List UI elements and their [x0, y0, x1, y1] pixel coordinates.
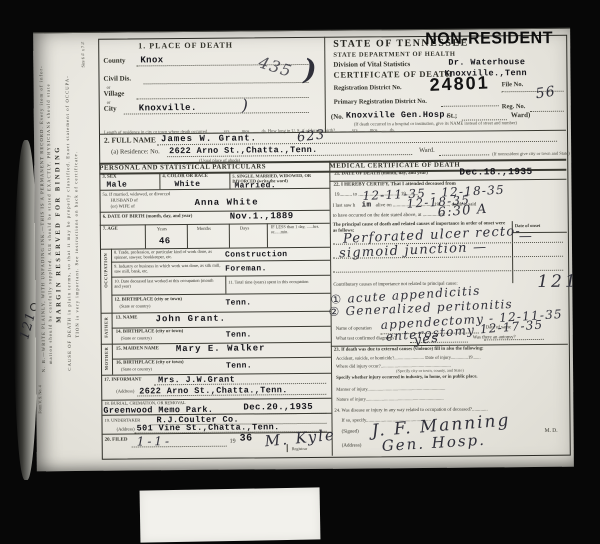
doctor-typed-value: Dr. Waterhouse — [448, 57, 525, 68]
undertaker-label: 19. UNDERTAKER — [104, 417, 140, 422]
dob-value: Nov.1.,1889 — [230, 211, 294, 222]
race-marital-divider — [229, 173, 230, 189]
age-if-less-label: IF LESS than 1 day, ......hrs. or......m… — [271, 225, 326, 235]
filed-year-prefix: 19 — [230, 439, 236, 446]
trade-value: Construction — [225, 250, 287, 260]
total-time-label: 11. Total time (years) spent in this occ… — [228, 279, 318, 285]
date-of-death-value: Dec.18.,1935 — [459, 166, 532, 178]
nonresident-stamp: NON-RESIDENT — [425, 29, 553, 49]
industry-label: 9. Industry or business in which work wa… — [114, 263, 222, 274]
occurred-line-label: to have occurred on the date stated abov… — [333, 213, 446, 220]
age-label: 7. AGE — [103, 227, 118, 233]
ward-leader — [462, 111, 507, 120]
father-name-value: John Grant. — [156, 314, 227, 325]
trade-label: 8. Trade, profession, or particular kind… — [114, 249, 222, 260]
mother-side-label: MOTHER — [104, 347, 109, 371]
dept-of-health-line: STATE DEPARTMENT OF HEALTH — [333, 51, 455, 60]
spouse-label: 5a. If married, widowed, or divorced — [102, 191, 170, 197]
registrar-box-line — [287, 444, 288, 452]
hand-paren-mark: ) — [303, 53, 318, 86]
certificate-number-stamp: 24801 — [429, 72, 490, 96]
form-number-note: Form V. S. No. 4 — [37, 385, 42, 413]
place-of-death-title: 1. PLACE OF DEATH — [138, 40, 288, 50]
full-name-label: 2. FULL NAME — [104, 136, 156, 145]
death-certificate-document: Form V. S. No. 4 N. B.—WRITE PLAINLY, WI… — [33, 28, 574, 472]
filed-label: 20. FILED — [105, 438, 128, 444]
age-years-label: Years — [157, 226, 167, 231]
informant-leader — [154, 375, 326, 386]
father-name-label: 13. NAME — [116, 315, 138, 321]
nonresident-note: (If nonresident give city or town and St… — [492, 151, 570, 157]
father-bp-label: 14. BIRTHPLACE (city or town) — [116, 329, 184, 335]
father-bp-sub-label: (State or country) — [121, 335, 152, 340]
form-size-note: Size 6½ x 7¾ — [80, 41, 85, 68]
birthplace-label: 12. BIRTHPLACE (city or town) — [114, 297, 182, 303]
hand-brace-mark: ) — [242, 95, 250, 114]
birthplace-sub-label: (State or country) — [119, 303, 150, 308]
reg-no-leader — [530, 103, 564, 112]
division-line: Division of Vital Statistics — [333, 60, 410, 69]
undertaker-address-label: (Address) — [117, 426, 135, 431]
occupation-side-label: OCCUPATION — [103, 253, 108, 288]
sex-value: Male — [106, 181, 127, 190]
test-confirmed-label: What test confirmed diagnosis? — [336, 336, 397, 342]
county-label: County — [103, 57, 125, 65]
age-col-divider-2 — [187, 224, 188, 248]
residence-label: (a) Residence: No. — [111, 148, 160, 156]
sex-label: 3. SEX — [102, 175, 116, 181]
reg-no-label: Reg. No. — [502, 103, 526, 111]
age-value: 46 — [159, 236, 171, 246]
reg-number-hand-value: 56 — [535, 83, 557, 102]
age-col-divider-1 — [145, 224, 146, 248]
registration-district-label: Registration District No. — [334, 84, 402, 92]
civil-district-label: Civil Dis. — [103, 74, 131, 82]
city-label: City — [104, 105, 117, 113]
age-days-label: Days — [240, 225, 249, 230]
hospital-line-open: (No. — [331, 113, 344, 121]
mother-bp-value: Tenn. — [226, 361, 252, 370]
city-leader — [124, 104, 309, 115]
row10-11-divider — [225, 276, 226, 294]
primary-district-leader — [441, 97, 499, 107]
informant-address-label: (Address) — [116, 388, 134, 393]
age-col-divider-3 — [229, 224, 230, 248]
physician-address-label: (Address) — [342, 444, 362, 450]
wife-label: (or) WIFE of — [111, 203, 135, 208]
village-leader — [137, 89, 309, 100]
margin-notice-line2: mation should be carefully supplied. AGE… — [46, 83, 53, 364]
father-side-label: FATHER — [104, 317, 109, 338]
contributory-number-hand: 121 — [537, 272, 579, 292]
dob-label: 6. DATE OF BIRTH (month, day, and year) — [103, 214, 193, 220]
residence-ward-label: Ward. — [419, 147, 435, 155]
last-saw-pre-label: I last saw h — [333, 204, 356, 210]
mother-name-value: Mary E. Walker — [176, 343, 266, 354]
informant-label: 17. INFORMANT — [104, 377, 141, 383]
race-value: White — [174, 180, 200, 189]
blank-card — [140, 487, 321, 542]
operation-label: Name of operation — [336, 326, 372, 332]
hospital-typed-value: Knoxville Gen.Hosp. — [346, 110, 451, 121]
md-label: M. D. — [545, 428, 558, 434]
date-of-death-label: 21. DATE OF DEATH (month, day, and year) — [334, 171, 428, 177]
registrar-label: Registrar — [292, 447, 307, 452]
age-months-label: Months — [197, 226, 211, 231]
manner-of-injury-label: Manner of injury........................… — [336, 386, 445, 392]
father-bp-value: Tenn. — [226, 330, 252, 339]
filed-year-typed: 36 — [240, 433, 253, 444]
margin-notice-line4: TION is very important. See instructions… — [73, 151, 80, 338]
primary-district-label: Primary Registration District No. — [334, 98, 427, 106]
mother-bp-label: 16. BIRTHPLACE (city or town) — [116, 360, 184, 366]
spouse-value: Anna White — [195, 197, 259, 208]
ward-label: Ward) — [511, 111, 531, 119]
mother-bp-sub-label: (State or country) — [121, 366, 152, 371]
informant-address-leader — [137, 386, 326, 397]
birthplace-value: Tenn. — [225, 298, 251, 307]
sex-race-divider — [159, 173, 160, 189]
husband-label: HUSBAND of — [111, 197, 138, 203]
village-label: Village — [104, 90, 125, 98]
hospital-street-label: St.; — [447, 112, 457, 120]
mother-name-label: 15. MAIDEN NAME — [116, 346, 159, 352]
age-col-divider-4 — [267, 223, 268, 247]
industry-value: Foreman. — [225, 264, 267, 273]
residence-ward-leader — [439, 146, 489, 155]
nature-of-injury-label: Nature of injury........................… — [336, 396, 443, 402]
filed-leader — [132, 438, 227, 448]
autopsy-label: Was there an autopsy? — [473, 335, 516, 341]
last-saw-typed-insert: im — [362, 201, 372, 209]
last-worked-label: 10. Date deceased last worked at this oc… — [114, 278, 219, 289]
race-label: 4. COLOR OR RACE — [162, 174, 208, 180]
margin-binding-label: MARGIN RESERVED FOR BINDING — [54, 145, 63, 323]
margin-notice-line3: CAUSE OF DEATH in plain terms, so that i… — [64, 75, 72, 371]
signed-label: (Signed) — [342, 430, 359, 436]
